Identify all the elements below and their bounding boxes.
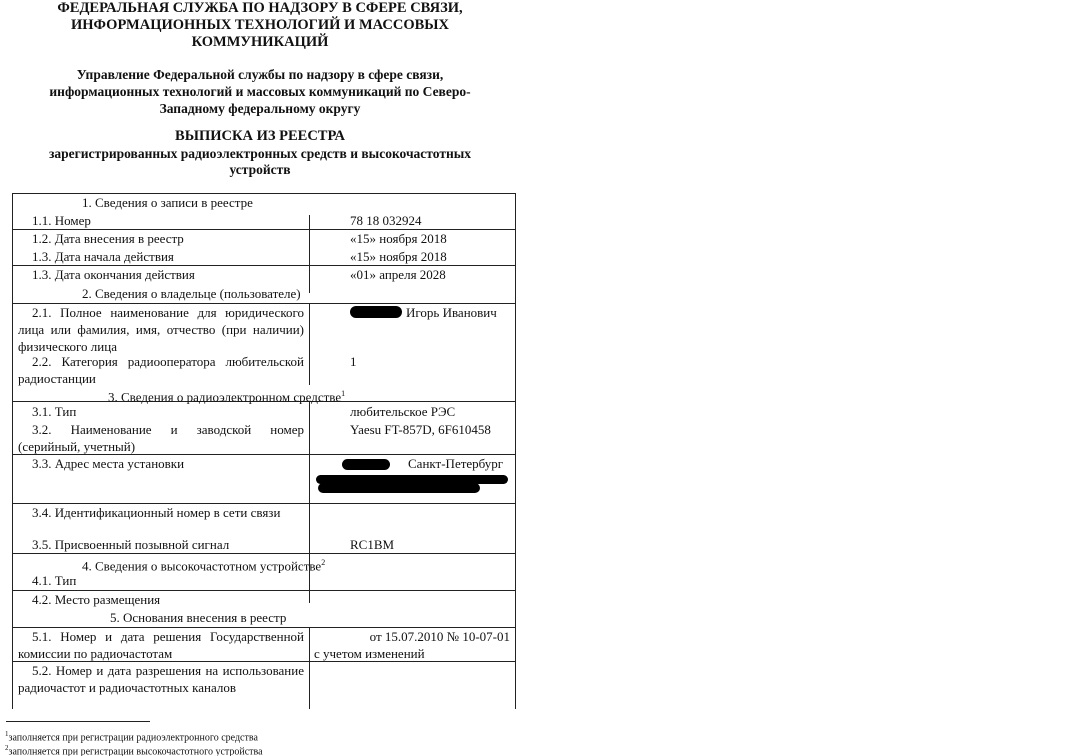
department-title-line: Управление Федеральной службы по надзору…	[0, 66, 520, 83]
section-5-title: 5. Основания внесения в реестр	[110, 609, 286, 626]
footnote-separator	[6, 721, 150, 722]
label-2-2: 2.2. Категория радиооператора любительск…	[18, 353, 304, 387]
label-2-1: 2.1. Полное наименование для юридическог…	[18, 304, 304, 355]
department-title-line: информационных технологий и массовых ком…	[0, 83, 520, 100]
section-2-title: 2. Сведения о владельце (пользователе)	[82, 285, 301, 302]
value-install-address: Санкт-Петербург	[312, 455, 512, 501]
value-decision-note: с учетом изменений	[314, 645, 425, 662]
label-3-3: 3.3. Адрес места установки	[32, 455, 184, 472]
label-1-3-start: 1.3. Дата начала действия	[32, 248, 174, 265]
owner-name-text: Игорь Иванович	[406, 305, 497, 320]
label-3-4: 3.4. Идентификационный номер в сети связ…	[18, 504, 304, 521]
table-border-right	[515, 193, 516, 709]
column-divider	[309, 627, 310, 709]
label-5-1: 5.1. Номер и дата решения Государственно…	[18, 628, 304, 662]
value-decision-number: от 15.07.2010 № 10-07-01	[314, 628, 510, 645]
value-operator-category: 1	[350, 353, 357, 370]
registry-table: 1. Сведения о записи в реестре 1.1. Номе…	[12, 193, 516, 709]
redaction-mark	[342, 459, 390, 470]
section-3-title: 3. Сведения о радиоэлектронном средстве1	[108, 385, 345, 405]
value-start-date: «15» ноября 2018	[350, 248, 447, 265]
agency-title-line: ФЕДЕРАЛЬНАЯ СЛУЖБА ПО НАДЗОРУ В СФЕРЕ СВ…	[0, 0, 520, 17]
value-callsign: RC1BM	[350, 536, 394, 553]
agency-title-line: ИНФОРМАЦИОННЫХ ТЕХНОЛОГИЙ И МАССОВЫХ	[0, 17, 520, 34]
document-subtitle: зарегистрированных радиоэлектронных сред…	[0, 146, 520, 178]
value-owner-name: Игорь Иванович	[350, 304, 497, 321]
footnote-text: заполняется при регистрации высокочастот…	[9, 746, 263, 756]
value-equipment-type: любительское РЭС	[350, 403, 455, 420]
label-3-2: 3.2. Наименование и заводской номер (сер…	[18, 421, 304, 455]
label-1-2: 1.2. Дата внесения в реестр	[32, 230, 184, 247]
document-subtitle-line: устройств	[0, 162, 520, 178]
document-subtitle-line: зарегистрированных радиоэлектронных сред…	[0, 146, 520, 162]
label-5-2: 5.2. Номер и дата разрешения на использо…	[18, 662, 304, 696]
section-1-title: 1. Сведения о записи в реестре	[82, 194, 253, 211]
section-3-title-text: 3. Сведения о радиоэлектронном средстве	[108, 389, 341, 404]
label-4-1: 4.1. Тип	[32, 572, 76, 589]
column-divider	[309, 303, 310, 385]
address-city-text: Санкт-Петербург	[408, 455, 503, 472]
footnote-ref: 2	[321, 558, 325, 567]
label-3-5: 3.5. Присвоенный позывной сигнал	[32, 536, 229, 553]
agency-title: ФЕДЕРАЛЬНАЯ СЛУЖБА ПО НАДЗОРУ В СФЕРЕ СВ…	[0, 0, 520, 51]
agency-title-line: КОММУНИКАЦИЙ	[0, 34, 520, 51]
label-1-1: 1.1. Номер	[32, 212, 91, 229]
department-title-line: Западному федеральному округу	[0, 100, 520, 117]
section-4-title: 4. Сведения о высокочастотном устройстве…	[82, 554, 325, 574]
footnote-ref: 1	[341, 389, 345, 398]
label-3-1: 3.1. Тип	[32, 403, 76, 420]
value-equipment-model: Yaesu FT-857D, 6F610458	[350, 421, 491, 438]
column-divider	[309, 215, 310, 293]
footnote-2: 2заполняется при регистрации высокочасто…	[5, 742, 263, 756]
label-1-3-end: 1.3. Дата окончания действия	[32, 266, 195, 283]
value-entry-date: «15» ноября 2018	[350, 230, 447, 247]
section-4-title-text: 4. Сведения о высокочастотном устройстве	[82, 558, 321, 573]
redaction-mark	[350, 306, 402, 318]
label-4-2: 4.2. Место размещения	[32, 591, 160, 608]
department-title: Управление Федеральной службы по надзору…	[0, 66, 520, 117]
document-title: ВЫПИСКА ИЗ РЕЕСТРА	[0, 128, 520, 145]
redaction-mark	[318, 483, 480, 493]
value-end-date: «01» апреля 2028	[350, 266, 446, 283]
table-border-left	[12, 193, 13, 709]
value-registry-number: 78 18 032924	[350, 212, 422, 229]
